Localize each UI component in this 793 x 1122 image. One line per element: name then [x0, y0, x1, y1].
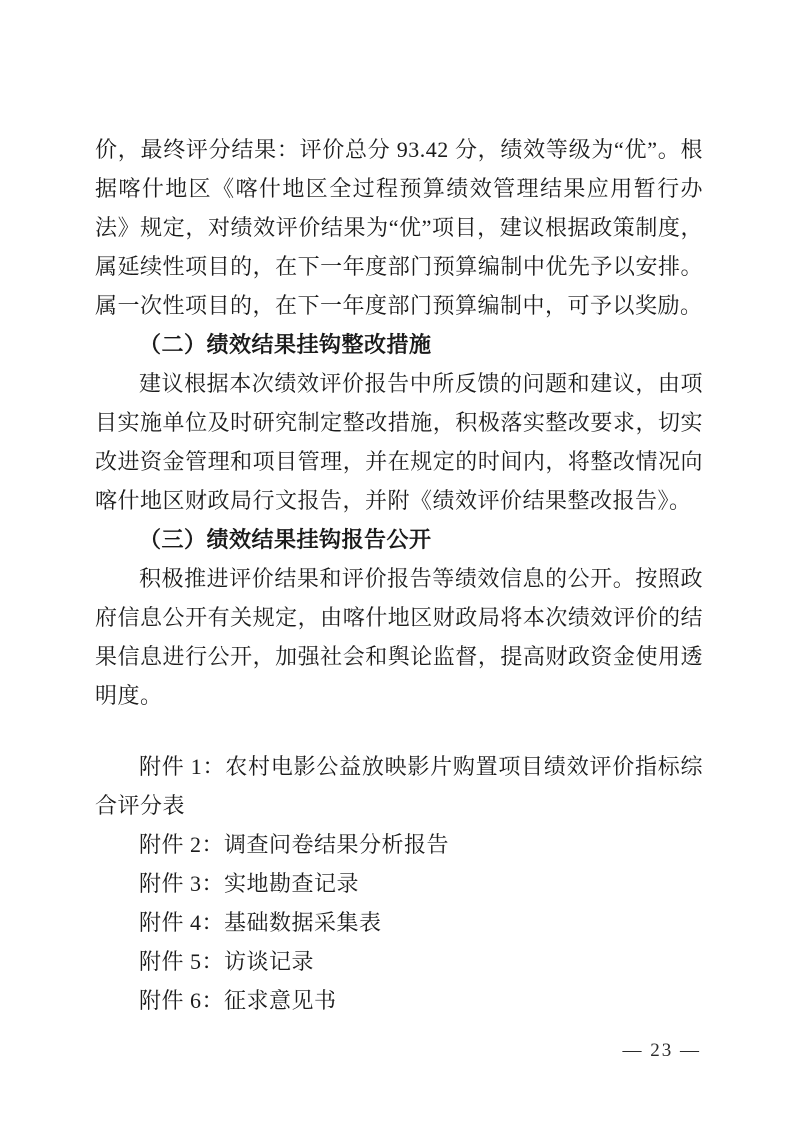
section-heading-report-disclosure: （三）绩效结果挂钩报告公开 — [95, 520, 703, 559]
page-number: — 23 — — [623, 1040, 702, 1062]
section-heading-result-rectification: （二）绩效结果挂钩整改措施 — [95, 325, 703, 364]
attachment-item-5: 附件 5：访谈记录 — [95, 942, 703, 981]
attachment-item-4: 附件 4：基础数据采集表 — [95, 903, 703, 942]
document-body: 价，最终评分结果：评价总分 93.42 分，绩效等级为“优”。根据喀什地区《喀什… — [95, 130, 703, 1020]
attachment-list: 附件 1：农村电影公益放映影片购置项目绩效评价指标综合评分表 附件 2：调查问卷… — [95, 747, 703, 1020]
attachment-item-2: 附件 2：调查问卷结果分析报告 — [95, 825, 703, 864]
attachment-item-1: 附件 1：农村电影公益放映影片购置项目绩效评价指标综合评分表 — [95, 747, 703, 825]
document-page: 价，最终评分结果：评价总分 93.42 分，绩效等级为“优”。根据喀什地区《喀什… — [0, 0, 793, 1122]
attachment-item-6: 附件 6：征求意见书 — [95, 981, 703, 1020]
paragraph-continued-from-previous-page: 价，最终评分结果：评价总分 93.42 分，绩效等级为“优”。根据喀什地区《喀什… — [95, 130, 703, 325]
paragraph-section-disclosure: 积极推进评价结果和评价报告等绩效信息的公开。按照政府信息公开有关规定，由喀什地区… — [95, 559, 703, 715]
attachment-item-3: 附件 3：实地勘查记录 — [95, 864, 703, 903]
paragraph-section-rectification: 建议根据本次绩效评价报告中所反馈的问题和建议，由项目实施单位及时研究制定整改措施… — [95, 364, 703, 520]
